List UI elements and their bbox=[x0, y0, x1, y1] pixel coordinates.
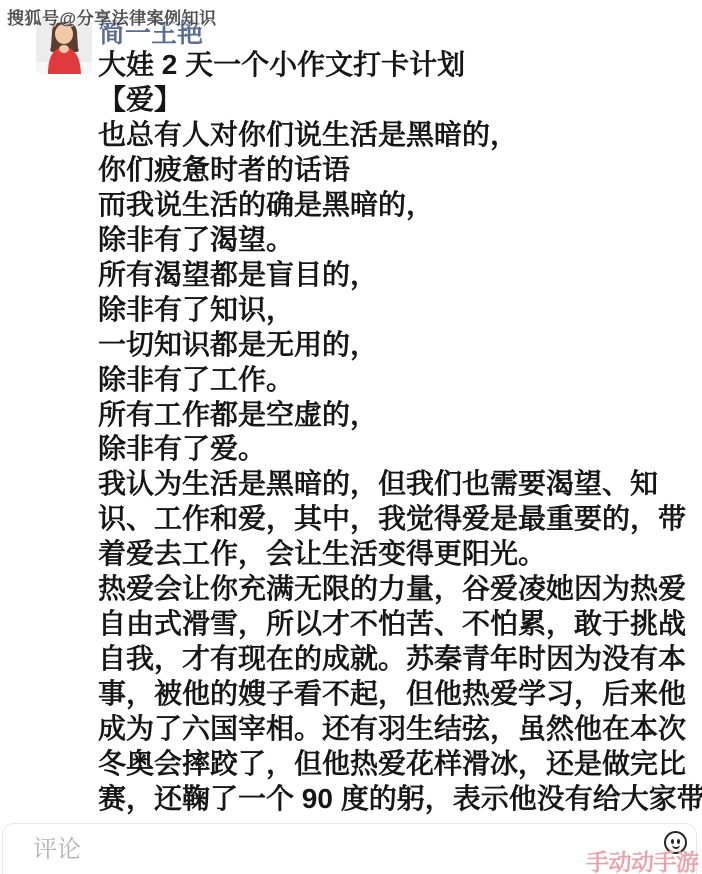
post-text-line: 而我说生活的确是黑暗的， bbox=[98, 188, 684, 223]
post-text-line: 除非有了工作。 bbox=[98, 363, 684, 398]
post-text-line: 你们疲惫时者的话语 bbox=[98, 153, 684, 188]
post-text-line: 赛，还鞠了一个 90 度的躬，表示他没有给大家带 bbox=[98, 782, 684, 817]
post-text-line: 所有工作都是空虚的， bbox=[98, 398, 684, 433]
post-text-line: 自由式滑雪，所以才不怕苦、不怕累，敢于挑战 bbox=[98, 607, 684, 642]
post-text: 大娃 2 天一个小作文打卡计划 【爱】 也总有人对你们说生活是黑暗的， 你们疲惫… bbox=[98, 48, 684, 817]
post-text-line: 所有渴望都是盲目的， bbox=[98, 258, 684, 293]
post-text-line: 自我，才有现在的成就。苏秦青年时因为没有本 bbox=[98, 642, 684, 677]
post-text-line: 【爱】 bbox=[98, 83, 684, 118]
post-text-line: 识、工作和爱，其中，我觉得爱是最重要的，带 bbox=[98, 502, 684, 537]
post-text-line: 事，被他的嫂子看不起，但他热爱学习，后来他 bbox=[98, 677, 684, 712]
post-text-line: 着爱去工作，会让生活变得更阳光。 bbox=[98, 537, 684, 572]
post-text-line: 除非有了知识， bbox=[98, 293, 684, 328]
comment-input[interactable] bbox=[33, 833, 573, 867]
sohu-watermark: 搜狐号@分享法律案例知识 bbox=[7, 4, 217, 29]
post-text-line: 大娃 2 天一个小作文打卡计划 bbox=[98, 48, 684, 83]
post-text-line: 成为了六国宰相。还有羽生结弦，虽然他在本次 bbox=[98, 712, 684, 747]
post-text-line: 我认为生活是黑暗的，但我们也需要渴望、知 bbox=[98, 467, 684, 502]
moments-post-screen: 搜狐号@分享法律案例知识 简一王艳 大娃 2 天一个小作文打卡计划 【爱】 也总… bbox=[0, 0, 702, 874]
game-watermark: 手动动手游 bbox=[586, 844, 699, 874]
post-text-line: 热爱会让你充满无限的力量，谷爱凌她因为热爱 bbox=[98, 572, 684, 607]
post-text-line: 除非有了爱。 bbox=[98, 432, 684, 467]
post-text-line: 除非有了渴望。 bbox=[98, 223, 684, 258]
post-text-line: 一切知识都是无用的， bbox=[98, 328, 684, 363]
post-text-line: 冬奥会摔跤了，但他热爱花样滑冰，还是做完比 bbox=[98, 747, 684, 782]
post-text-line: 也总有人对你们说生活是黑暗的， bbox=[98, 118, 684, 153]
